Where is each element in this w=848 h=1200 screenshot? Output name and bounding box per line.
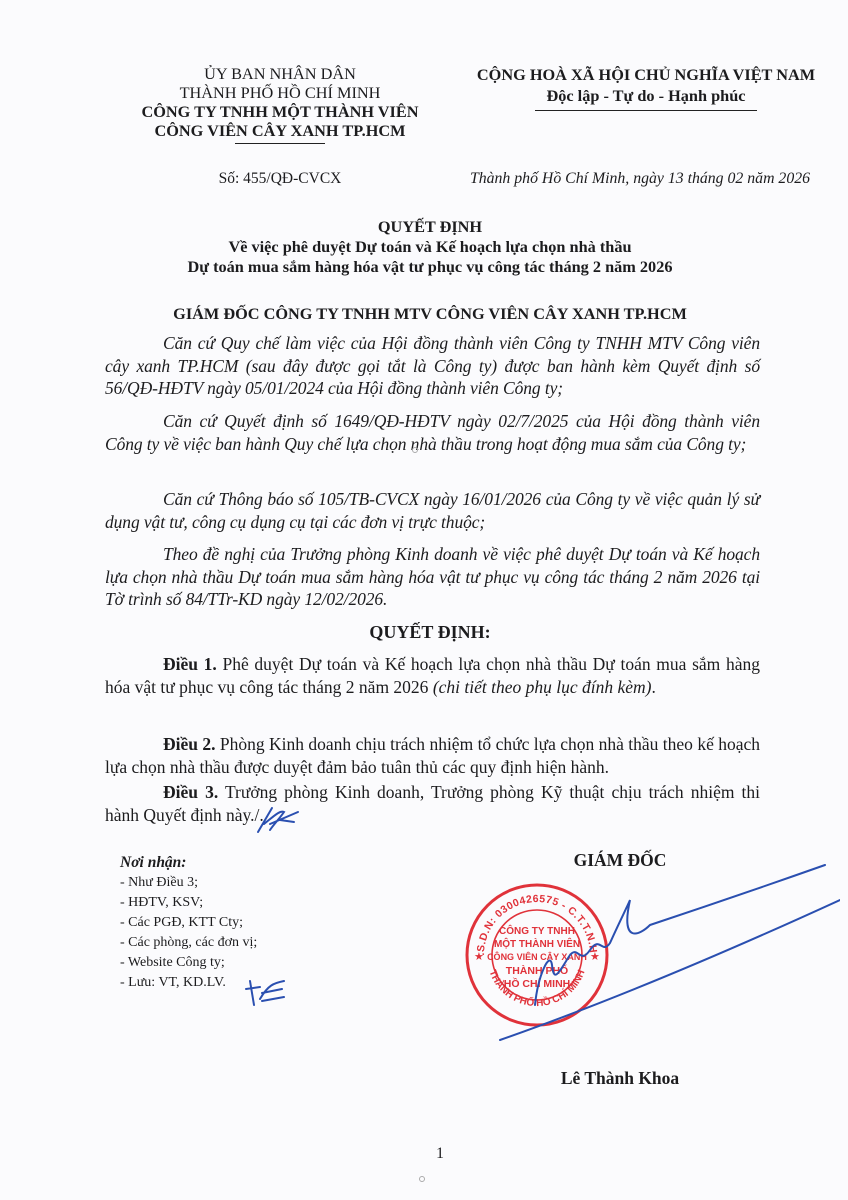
article-2: Điều 2. Phòng Kinh doanh chịu trách nhiệ… — [105, 733, 760, 779]
article-3: Điều 3. Trưởng phòng Kinh doanh, Trưởng … — [105, 781, 760, 827]
recipient-item: - Website Công ty; — [120, 953, 380, 973]
article-note: (chi tiết theo phụ lục đính kèm) — [433, 677, 652, 697]
recipient-item: - HĐTV, KSV; — [120, 893, 380, 913]
scan-speck — [419, 1176, 425, 1182]
decision-heading: QUYẾT ĐỊNH: — [100, 622, 760, 643]
header-left-divider — [235, 143, 325, 144]
recipient-item: - Các phòng, các đơn vị; — [120, 933, 380, 953]
preamble-paragraph: Căn cứ Thông báo số 105/TB-CVCX ngày 16/… — [105, 488, 760, 533]
article-end: . — [652, 677, 656, 697]
article-label: Điều 1. — [163, 654, 217, 674]
director-signature — [480, 855, 840, 1055]
document-number: Số: 455/QĐ-CVCX — [110, 170, 450, 188]
authority-line-2: THÀNH PHỐ HỒ CHÍ MINH — [110, 83, 450, 102]
article-label: Điều 3. — [163, 782, 218, 802]
national-motto: Độc lập - Tự do - Hạnh phúc — [450, 85, 842, 106]
preamble-paragraph: Căn cứ Quyết định số 1649/QĐ-HĐTV ngày 0… — [105, 410, 760, 455]
document-subject-line-2: Dự toán mua sắm hàng hóa vật tư phục vụ … — [100, 257, 760, 277]
article-label: Điều 2. — [163, 734, 216, 754]
company-line-2: CÔNG VIÊN CÂY XANH TP.HCM — [110, 121, 450, 140]
national-motto-block: CỘNG HOÀ XÃ HỘI CHỦ NGHĨA VIỆT NAM Độc l… — [450, 64, 842, 111]
scan-speck — [412, 447, 418, 453]
page-number: 1 — [400, 1145, 480, 1163]
recipients-heading: Nơi nhận: — [120, 853, 380, 873]
handwritten-initials — [240, 975, 290, 1009]
signer-name: Lê Thành Khoa — [520, 1068, 720, 1089]
header-right-divider — [535, 110, 757, 111]
authority-line-1: ỦY BAN NHÂN DÂN — [110, 64, 450, 83]
preamble-paragraph: Theo đề nghị của Trưởng phòng Kinh doanh… — [105, 543, 760, 611]
place-and-date: Thành phố Hồ Chí Minh, ngày 13 tháng 02 … — [440, 170, 840, 188]
document-title-block: QUYẾT ĐỊNH Về việc phê duyệt Dự toán và … — [100, 217, 760, 277]
preamble-paragraph: Căn cứ Quy chế làm việc của Hội đồng thà… — [105, 332, 760, 400]
recipient-item: - Các PGĐ, KTT Cty; — [120, 913, 380, 933]
document-subject-line-1: Về việc phê duyệt Dự toán và Kế hoạch lự… — [100, 237, 760, 257]
handwritten-initials — [250, 802, 310, 838]
recipient-item: - Như Điều 3; — [120, 873, 380, 893]
issuer-heading: GIÁM ĐỐC CÔNG TY TNHH MTV CÔNG VIÊN CÂY … — [100, 304, 760, 324]
national-title: CỘNG HOÀ XÃ HỘI CHỦ NGHĨA VIỆT NAM — [450, 64, 842, 85]
issuing-authority-block: ỦY BAN NHÂN DÂN THÀNH PHỐ HỒ CHÍ MINH CÔ… — [110, 64, 450, 144]
article-1: Điều 1. Phê duyệt Dự toán và Kế hoạch lự… — [105, 653, 760, 699]
document-title: QUYẾT ĐỊNH — [100, 217, 760, 237]
company-line-1: CÔNG TY TNHH MỘT THÀNH VIÊN — [110, 102, 450, 121]
recipients-list: Nơi nhận: - Như Điều 3; - HĐTV, KSV; - C… — [120, 853, 380, 993]
